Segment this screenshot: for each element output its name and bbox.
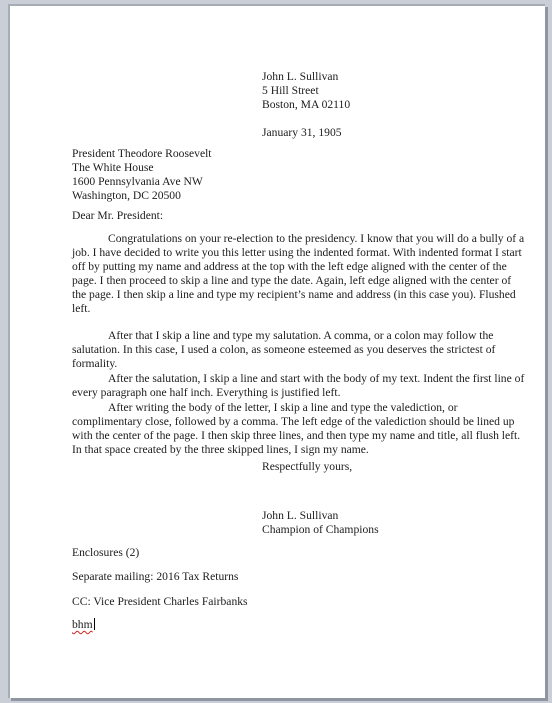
typist-initials-line[interactable]: bhm [72,618,95,632]
separate-mailing-notation: Separate mailing: 2016 Tax Returns [72,570,238,584]
body-paragraph-4: After writing the body of the letter, I … [72,401,492,457]
enclosures-notation: Enclosures (2) [72,546,139,560]
document-page[interactable]: John L. Sullivan 5 Hill Street Boston, M… [8,4,545,698]
recipient-name: President Theodore Roosevelt [72,147,212,161]
valediction: Respectfully yours, [262,460,352,474]
sender-name: John L. Sullivan [262,70,350,84]
paragraph-line: with the center of the page. I then skip… [72,429,492,443]
letter-date: January 31, 1905 [262,126,342,140]
paragraph-line: After the salutation, I skip a line and … [72,372,492,386]
paragraph-line: After that I skip a line and type my sal… [72,329,492,343]
recipient-address: President Theodore Roosevelt The White H… [72,147,212,203]
paragraph-line: After writing the body of the letter, I … [72,401,492,415]
paragraph-line: off by putting my name and address at th… [72,260,492,274]
paragraph-line: left. [72,302,492,316]
sender-city: Boston, MA 02110 [262,98,350,112]
sender-street: 5 Hill Street [262,84,350,98]
paragraph-line: every paragraph one half inch. Everythin… [72,386,492,400]
recipient-street: 1600 Pennsylvania Ave NW [72,175,212,189]
body-paragraph-3: After the salutation, I skip a line and … [72,372,492,400]
body-paragraph-1: Congratulations on your re-election to t… [72,232,492,316]
paragraph-line: salutation. In this case, I used a colon… [72,343,492,357]
recipient-org: The White House [72,161,212,175]
paragraph-line: In that space created by the three skipp… [72,443,492,457]
recipient-city: Washington, DC 20500 [72,189,212,203]
cc-notation: CC: Vice President Charles Fairbanks [72,595,248,609]
paragraph-line: page. I then proceed to skip a line and … [72,274,492,288]
sender-address: John L. Sullivan 5 Hill Street Boston, M… [262,70,350,112]
paragraph-line: complimentary close, followed by a comma… [72,415,492,429]
signature-block: John L. Sullivan Champion of Champions [262,509,379,537]
paragraph-line: formality. [72,357,492,371]
paragraph-line: the page. I then skip a line and type my… [72,288,492,302]
text-cursor [94,618,95,630]
signature-title: Champion of Champions [262,523,379,537]
typist-initials[interactable]: bhm [72,618,93,631]
body-paragraph-2: After that I skip a line and type my sal… [72,329,492,371]
salutation: Dear Mr. President: [72,209,163,223]
signature-name: John L. Sullivan [262,509,379,523]
paragraph-line: job. I have decided to write you this le… [72,246,492,260]
paragraph-line: Congratulations on your re-election to t… [72,232,492,246]
